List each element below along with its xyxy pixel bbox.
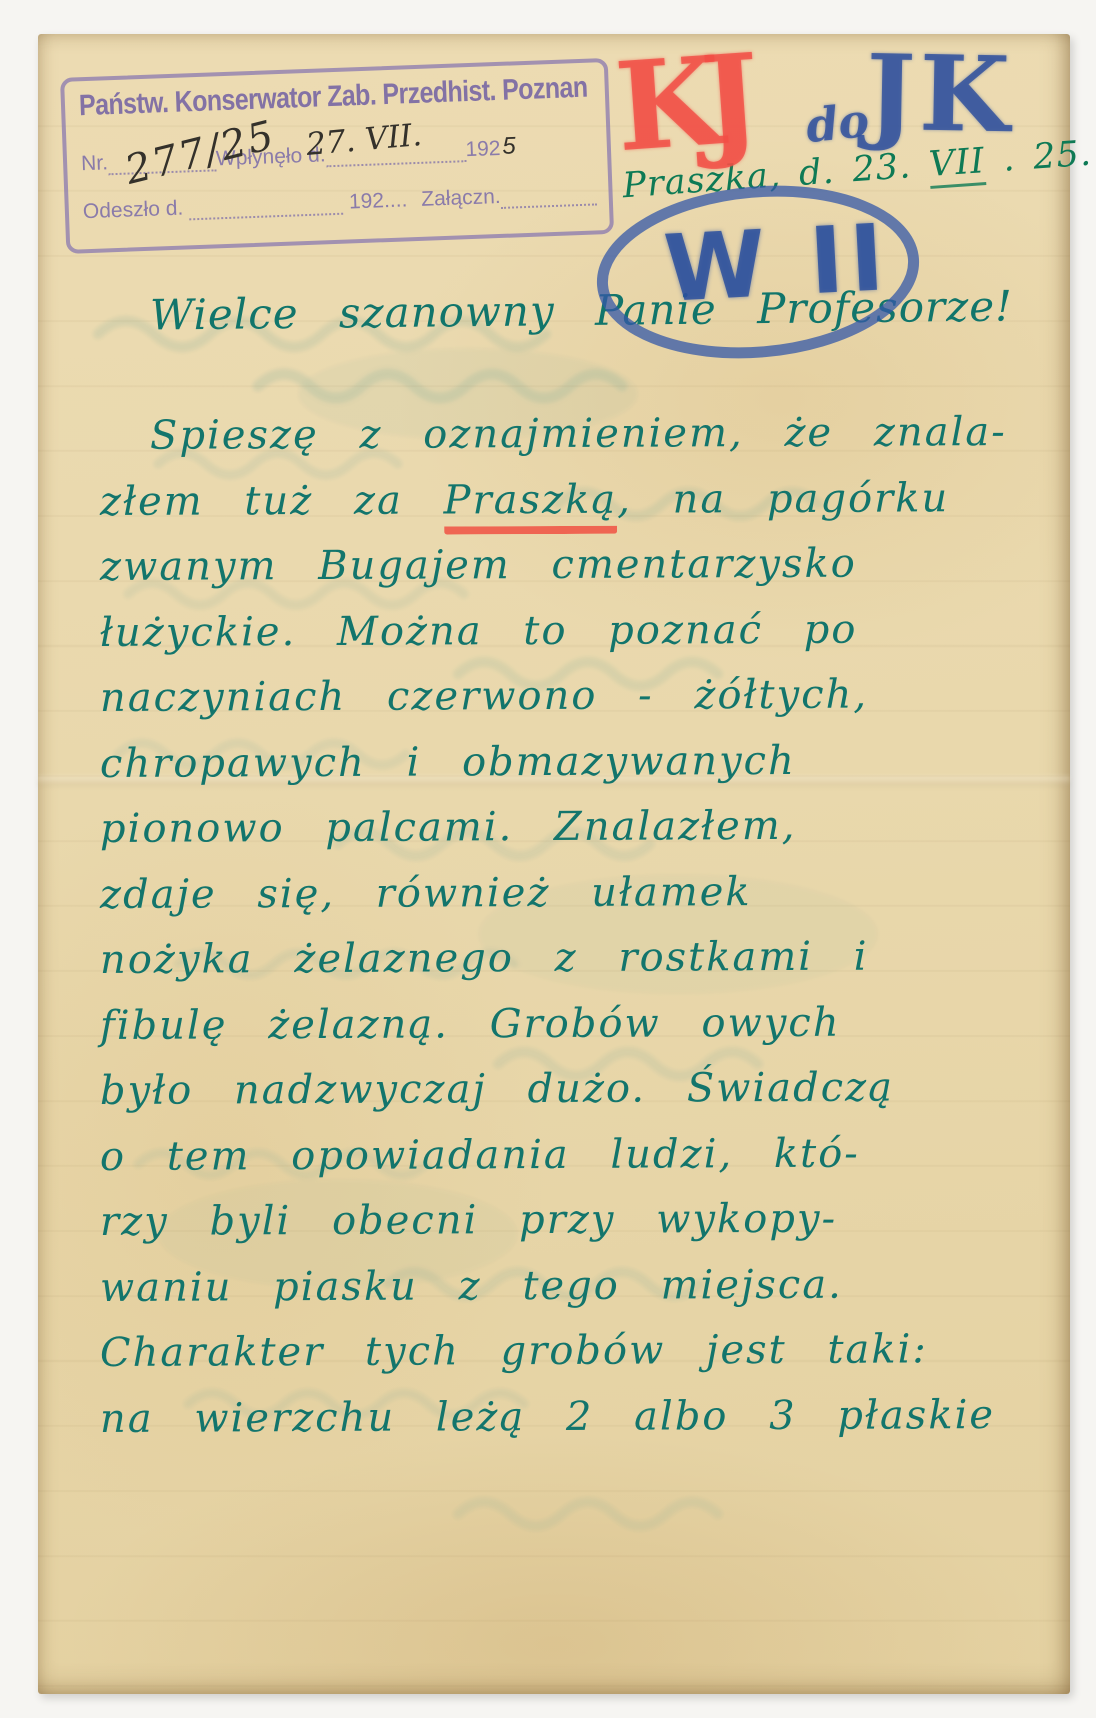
letter-line: fibulę żelazną. Grobów owych [100, 990, 1007, 1059]
blue-crayon-note: do [803, 93, 871, 153]
red-crayon-monogram: KJ [612, 38, 744, 168]
letter-line: naczyniach czerwono - żółtych, [100, 662, 1007, 731]
line-text: , na pagórku [617, 475, 949, 522]
letter-line: pionowo palcami. Znalazłem, [100, 793, 1007, 862]
dateline-year: . 25. [1002, 134, 1093, 180]
stamp-sent-row: Odeszło d. 192.... Załączn. [82, 181, 597, 224]
dotted-leader [500, 181, 597, 209]
letter-line: Charakter tych grobów jest taki: [100, 1317, 1007, 1386]
stamp-received-year: 192 [465, 137, 501, 162]
letter-line: nożyka żelaznego z rostkami i [100, 924, 1007, 993]
stamp-sent-year: 192.... [349, 188, 408, 214]
letter-line: złem tuż za Praszką, na pagórku [100, 466, 1007, 535]
letter-line: było nadzwyczaj dużo. Świadczą [100, 1055, 1007, 1124]
stamp-sent-label: Odeszło d. [82, 197, 183, 225]
letter-line: zwanym Bugajem cmentarzysko [100, 531, 1007, 600]
stamp-title: Państw. Konserwator Zab. Przedhist. Pozn… [78, 70, 593, 123]
letter-line: na wierzchu leżą 2 albo 3 płaskie [100, 1383, 1007, 1452]
letter-line: Spieszę z oznajmieniem, że znala- [100, 400, 1007, 469]
letter-line: o tem opowiadania ludzi, któ- [100, 1121, 1007, 1190]
blue-circled-mark: W II [590, 176, 926, 362]
blue-crayon-monogram: JK [865, 41, 1014, 148]
line-text: złem tuż za [100, 477, 444, 524]
letter-body: Spieszę z oznajmieniem, że znala- złem t… [100, 402, 1007, 1450]
paper-sheet: Państw. Konserwator Zab. Przedhist. Pozn… [38, 34, 1070, 1694]
stamp-nr-label: Nr. [81, 151, 109, 176]
letter-line: waniu piasku z tego miejsca. [100, 1252, 1007, 1321]
stamp-attachments-label: Załączn. [421, 185, 501, 212]
red-underlined-word: Praszką [444, 476, 618, 534]
letter-line: zdaje się, również ułamek [100, 859, 1007, 928]
letter-line: rzy byli obecni przy wykopy- [100, 1186, 1007, 1255]
stamp-received-year-handwritten: 5 [502, 132, 516, 160]
letter-line: chropawych i obmazywanych [100, 728, 1007, 797]
letter-line: łużyckie. Można to poznać po [100, 597, 1007, 666]
dotted-leader [189, 191, 344, 221]
circled-mark-text: W II [661, 204, 892, 323]
scanned-letter-page: Państw. Konserwator Zab. Przedhist. Pozn… [0, 0, 1096, 1718]
